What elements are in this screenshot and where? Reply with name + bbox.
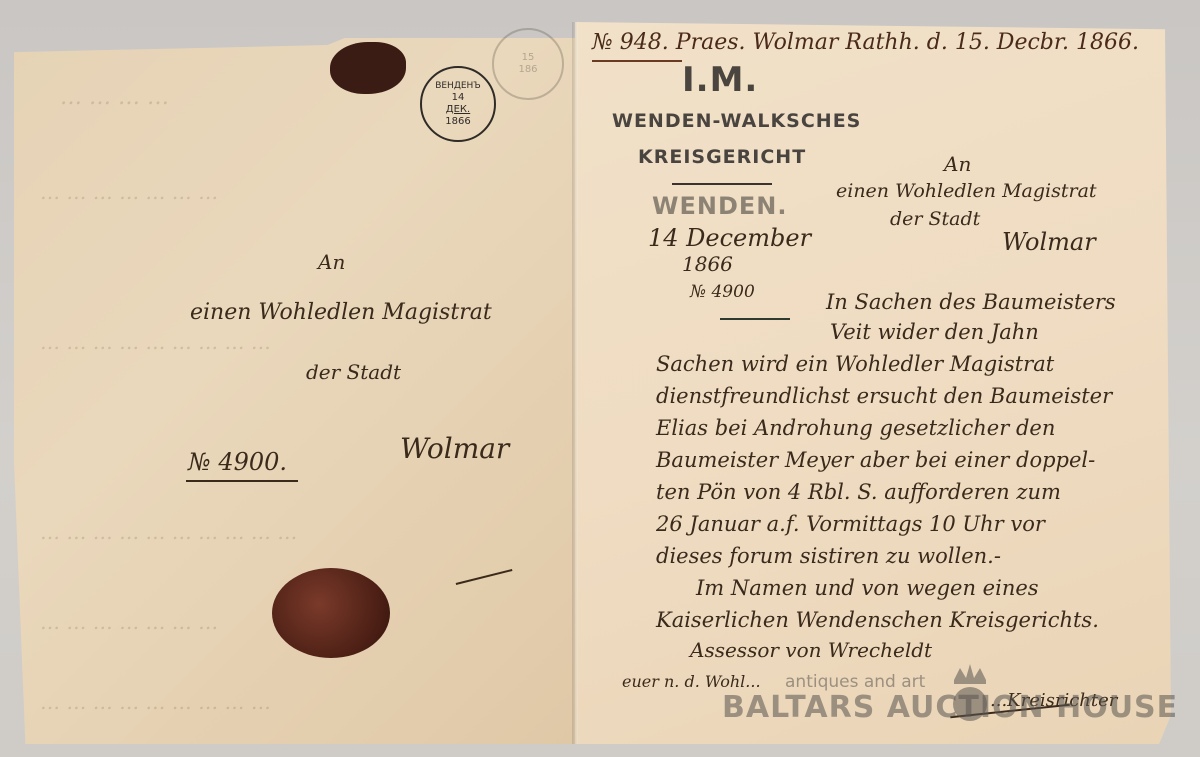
ghost-postmark-day: 15 xyxy=(522,52,535,64)
body-line: 26 Januar a.f. Vormittags 10 Uhr vor xyxy=(656,512,1045,536)
body-line: Sachen wird ein Wohledler Magistrat xyxy=(656,352,1054,376)
right-address-recipient: einen Wohledlen Magistrat xyxy=(836,180,1097,202)
postmark-year: 1866 xyxy=(445,116,470,128)
body-line: Baumeister Meyer aber bei einer doppel- xyxy=(656,448,1095,472)
body-line: Im Namen und von wegen eines xyxy=(696,576,1039,600)
body-line: In Sachen des Baumeisters xyxy=(826,290,1116,314)
right-address-stadt: der Stadt xyxy=(890,208,980,230)
body-line: Kaiserlichen Wendenschen Kreisgerichts. xyxy=(656,608,1099,632)
left-address-stadt: der Stadt xyxy=(306,360,401,384)
watermark-tagline: antiques and art xyxy=(785,672,925,692)
header-underline xyxy=(592,60,682,62)
left-letter-number: № 4900. xyxy=(188,448,287,476)
bottom-left-note: euer n. d. Wohl... xyxy=(622,672,761,691)
number-underline xyxy=(186,480,298,482)
ghost-postmark-year: 186 xyxy=(518,64,537,76)
body-line: Elias bei Androhung gesetzlicher den xyxy=(656,416,1055,440)
stamp-year: 1866 xyxy=(682,252,733,276)
assessor-signature: Assessor von Wrecheldt xyxy=(690,638,932,662)
torn-seal-hole xyxy=(330,42,406,94)
left-address-recipient: einen Wohledlen Magistrat xyxy=(190,300,492,325)
postmark-month: ДЕК. xyxy=(446,104,470,116)
body-line: dieses forum sistiren zu wollen.- xyxy=(656,544,1001,568)
court-stamp-line3: KREISGERICHT xyxy=(638,146,806,168)
left-address-city: Wolmar xyxy=(400,432,509,465)
watermark-brand: BALTARS AUCTION HOUSE xyxy=(722,690,1178,725)
stamp-underline xyxy=(720,318,790,320)
body-line: ten Pön von 4 Rbl. S. aufforderen zum xyxy=(656,480,1061,504)
wax-seal xyxy=(272,568,390,658)
court-stamp-town: WENDEN. xyxy=(652,192,787,220)
ghost-postmark: 15 186 xyxy=(492,28,564,100)
postmark: ВЕНДЕНЪ 14 ДЕК. 1866 xyxy=(420,66,496,142)
body-line: Veit wider den Jahn xyxy=(830,320,1039,344)
page-fold xyxy=(572,22,578,744)
registry-header: № 948. Praes. Wolmar Rathh. d. 15. Decbr… xyxy=(592,30,1139,55)
court-stamp-line2: WENDEN-WALKSCHES xyxy=(612,110,861,132)
stamp-date: 14 December xyxy=(648,224,811,252)
stamp-number: № 4900 xyxy=(690,282,755,302)
right-address-an: An xyxy=(944,152,971,176)
body-line: dienstfreundlichst ersucht den Baumeiste… xyxy=(656,384,1112,408)
left-address-an: An xyxy=(318,250,345,274)
postmark-town: ВЕНДЕНЪ xyxy=(435,80,481,92)
stamp-divider xyxy=(672,183,772,185)
right-address-city: Wolmar xyxy=(1002,228,1096,256)
court-stamp-initials: I.M. xyxy=(682,60,758,100)
postmark-day: 14 xyxy=(452,92,465,104)
